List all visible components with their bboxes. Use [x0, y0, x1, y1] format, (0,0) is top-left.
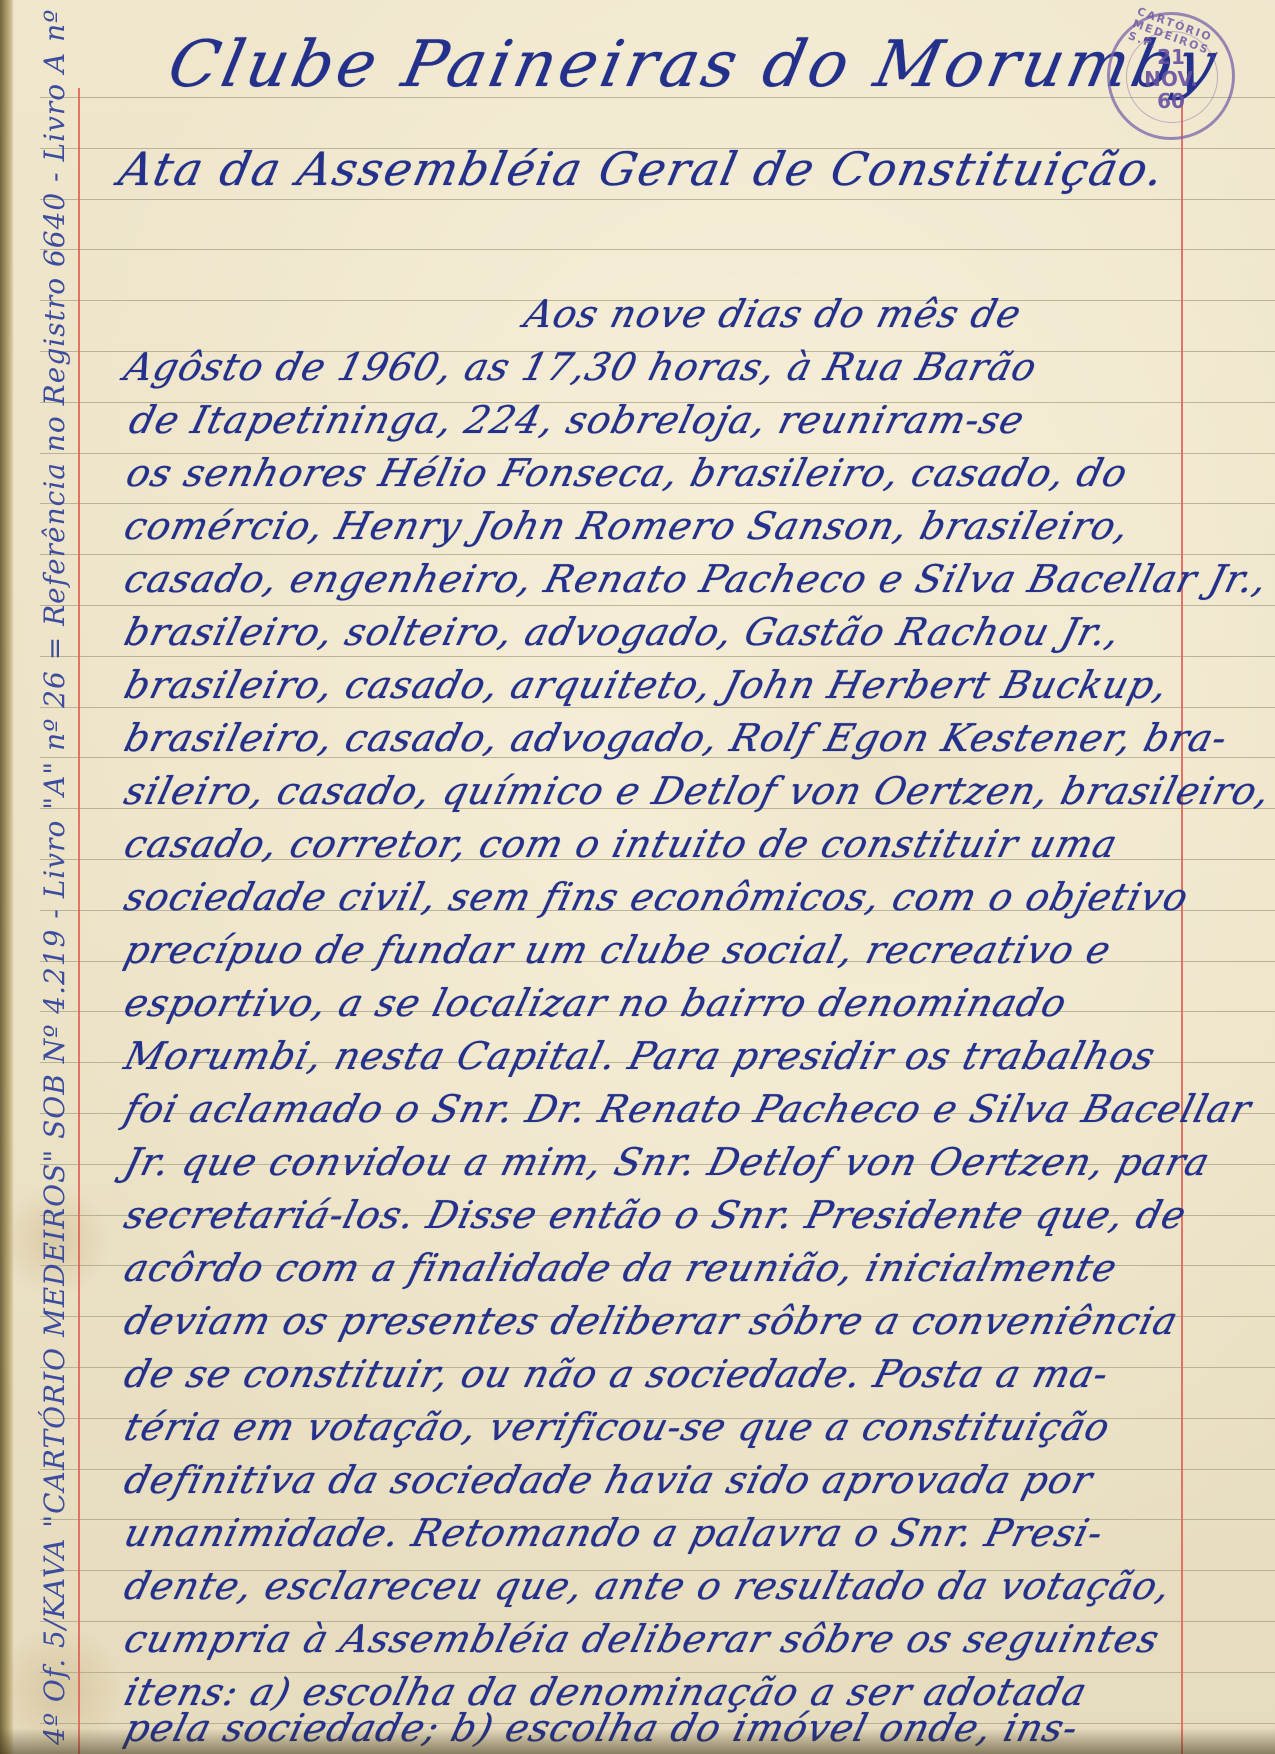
- body-line: deviam os presentes deliberar sôbre a co…: [120, 1299, 1183, 1343]
- page-bottom-shadow: [0, 1728, 1275, 1754]
- left-margin-line: [78, 88, 80, 1754]
- body-line: cumpria à Assembléia deliberar sôbre os …: [120, 1617, 1164, 1661]
- stamp-month: NOV.: [1110, 67, 1232, 91]
- body-line: Jr. que convidou a mim, Snr. Detlof von …: [120, 1140, 1215, 1184]
- document-page: Clube Paineiras do Morumby Ata da Assemb…: [0, 0, 1275, 1754]
- body-line: unanimidade. Retomando a palavra o Snr. …: [120, 1511, 1108, 1555]
- body-line: sileiro, casado, químico e Detlof von Oe…: [120, 769, 1275, 813]
- rule-line: [40, 554, 1275, 555]
- stamp-year: 60: [1110, 89, 1232, 113]
- body-line: Aos nove dias do mês de: [520, 292, 1026, 336]
- body-line: precípuo de fundar um clube social, recr…: [120, 928, 1116, 972]
- body-line: brasileiro, casado, arquiteto, John Herb…: [120, 663, 1173, 707]
- book-spine-edge: [0, 0, 14, 1754]
- body-line: acôrdo com a finalidade da reunião, inic…: [120, 1246, 1122, 1290]
- body-line: casado, corretor, com o intuito de const…: [120, 822, 1122, 866]
- body-line: casado, engenheiro, Renato Pacheco e Sil…: [120, 557, 1273, 601]
- rule-line: [40, 656, 1275, 657]
- rule-line: [40, 249, 1275, 250]
- rule-line: [40, 605, 1275, 606]
- body-line: Morumbi, nesta Capital. Para presidir os…: [120, 1034, 1160, 1078]
- margin-annotation: 4º Of. 5/KAVA "CARTÓRIO MEDEIROS" SOB Nº…: [38, 0, 71, 1745]
- body-line: esportivo, a se localizar no bairro deno…: [120, 981, 1072, 1025]
- right-margin-line: [1181, 95, 1183, 1754]
- body-line: dente, esclareceu que, ante o resultado …: [120, 1564, 1176, 1608]
- body-line: brasileiro, casado, advogado, Rolf Egon …: [120, 716, 1232, 760]
- body-line: comércio, Henry John Romero Sanson, bras…: [120, 504, 1134, 548]
- body-line: sociedade civil, sem fins econômicos, co…: [120, 875, 1193, 919]
- rule-line: [40, 707, 1275, 708]
- body-line: de se constituir, ou não a sociedade. Po…: [120, 1352, 1114, 1396]
- body-line: Agôsto de 1960, as 17,30 horas, à Rua Ba…: [120, 345, 1042, 389]
- document-title: Clube Paineiras do Morumby: [162, 28, 1225, 102]
- notary-stamp: CARTÓRIO MEDEIROS · S.P. 21 NOV. 60: [1107, 12, 1235, 140]
- document-subtitle: Ata da Assembléia Geral de Constituição.: [114, 142, 1170, 196]
- body-line: foi aclamado o Snr. Dr. Renato Pacheco e…: [120, 1087, 1256, 1131]
- body-line: téria em votação, verificou-se que a con…: [120, 1405, 1115, 1449]
- rule-line: [40, 199, 1275, 200]
- body-line: brasileiro, solteiro, advogado, Gastão R…: [120, 610, 1125, 654]
- body-line: de Itapetininga, 224, sobreloja, reunira…: [125, 398, 1029, 442]
- body-line: definitiva da sociedade havia sido aprov…: [120, 1458, 1097, 1502]
- stamp-day: 21: [1110, 45, 1232, 69]
- body-line: os senhores Hélio Fonseca, brasileiro, c…: [122, 451, 1133, 495]
- body-line: secretariá-los. Disse então o Snr. Presi…: [120, 1193, 1191, 1237]
